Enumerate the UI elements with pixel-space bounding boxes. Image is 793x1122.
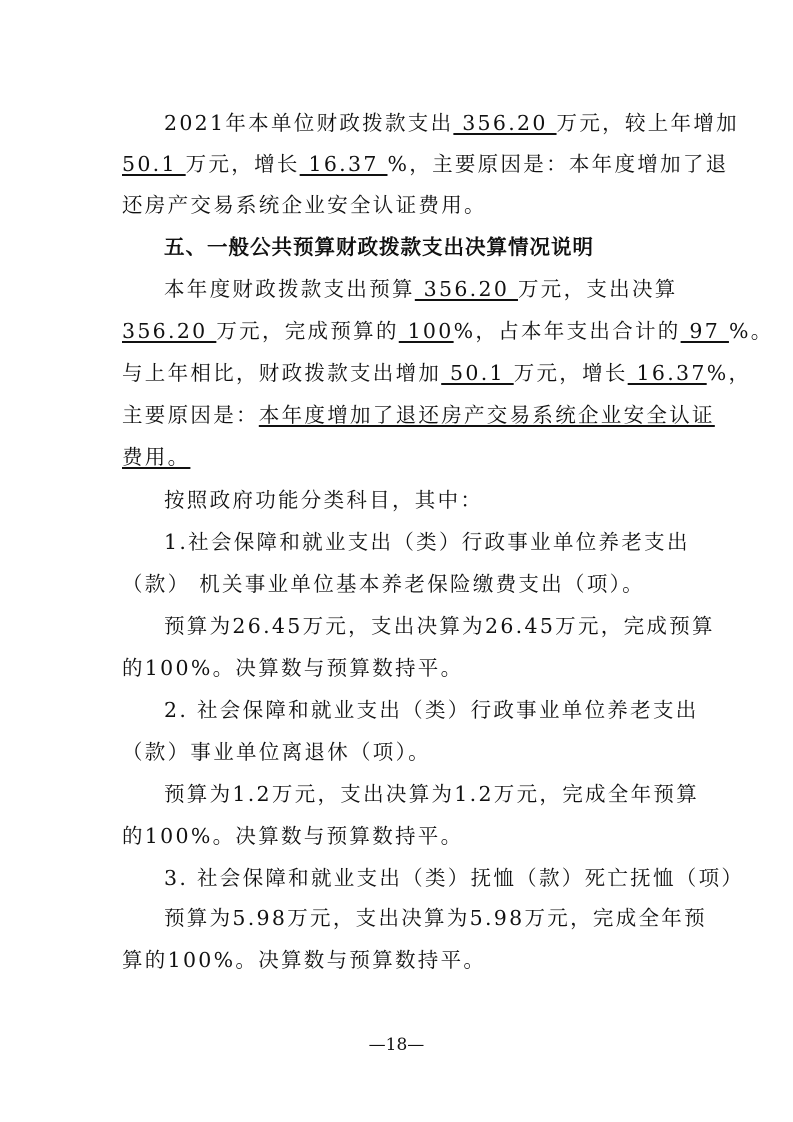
value-underlined: 50.1 xyxy=(441,361,513,385)
text: 万元，增长 xyxy=(514,361,628,385)
paragraph-line: 2021年本单位财政拨款支出 356.20 万元，较上年增加 xyxy=(164,106,724,136)
text: 主要原因是： xyxy=(122,403,259,427)
paragraph-line: 与上年相比，财政拨款支出增加 50.1 万元，增长 16.37%， xyxy=(122,356,682,386)
text: 本年度财政拨款支出预算 xyxy=(164,277,415,301)
paragraph-line: 356.20 万元，完成预算的 100%，占本年支出合计的 97 %。 xyxy=(122,314,682,344)
value-underlined: 费用。 xyxy=(122,445,190,469)
value-underlined: 16.37 xyxy=(628,361,707,385)
item-1-title: 1.社会保障和就业支出（类）行政事业单位养老支出 xyxy=(164,525,724,555)
paragraph-line: 本年度财政拨款支出预算 356.20 万元，支出决算 xyxy=(164,272,724,302)
text: %，占本年支出合计的 xyxy=(454,319,681,343)
item-3-title: 3. 社会保障和就业支出（类）抚恤（款）死亡抚恤（项） xyxy=(164,861,724,891)
text: 万元，增长 xyxy=(186,152,300,176)
value-underlined: 97 xyxy=(681,319,729,343)
value-underlined: 356.20 xyxy=(415,277,518,301)
section-heading: 五、一般公共预算财政拨款支出决算情况说明 xyxy=(164,230,724,260)
item-2-desc: 预算为1.2万元，支出决算为1.2万元，完成全年预算 xyxy=(164,777,724,807)
page-number: —18— xyxy=(0,1035,793,1055)
item-3-desc: 预算为5.98万元，支出决算为5.98万元，完成全年预 xyxy=(164,901,724,931)
item-1-desc: 预算为26.45万元，支出决算为26.45万元，完成预算 xyxy=(164,609,724,639)
item-2-desc-cont: 的100%。决算数与预算数持平。 xyxy=(122,819,682,849)
value-underlined: 356.20 xyxy=(122,319,216,343)
paragraph-line: 主要原因是：本年度增加了退还房产交易系统企业安全认证 xyxy=(122,398,682,428)
paragraph-line: 费用。 xyxy=(122,440,682,470)
text: 万元，较上年增加 xyxy=(557,111,739,135)
text: 万元，完成预算的 xyxy=(216,319,398,343)
text: 万元，支出决算 xyxy=(518,277,678,301)
item-1-desc-cont: 的100%。决算数与预算数持平。 xyxy=(122,651,682,681)
value-underlined: 356.20 xyxy=(453,111,556,135)
value-underlined: 50.1 xyxy=(122,152,186,176)
item-2-title-cont: （款）事业单位离退休（项）。 xyxy=(122,735,682,765)
value-underlined: 本年度增加了退还房产交易系统企业安全认证 xyxy=(259,403,715,427)
text: %。 xyxy=(729,319,774,343)
item-3-desc-cont: 算的100%。决算数与预算数持平。 xyxy=(122,943,682,973)
paragraph-line: 还房产交易系统企业安全认证费用。 xyxy=(122,188,682,218)
classification-intro: 按照政府功能分类科目，其中： xyxy=(164,483,724,513)
text: %， xyxy=(707,361,752,385)
item-2-title: 2. 社会保障和就业支出（类）行政事业单位养老支出 xyxy=(164,693,724,723)
paragraph-line: 50.1 万元，增长 16.37 %，主要原因是：本年度增加了退 xyxy=(122,147,682,177)
value-underlined: 100 xyxy=(399,319,454,343)
item-1-title-cont: （款） 机关事业单位基本养老保险缴费支出（项）。 xyxy=(122,567,682,597)
value-underlined: 16.37 xyxy=(300,152,388,176)
text: 与上年相比，财政拨款支出增加 xyxy=(122,361,441,385)
text: %，主要原因是：本年度增加了退 xyxy=(388,152,729,176)
text: 2021年本单位财政拨款支出 xyxy=(164,111,453,135)
